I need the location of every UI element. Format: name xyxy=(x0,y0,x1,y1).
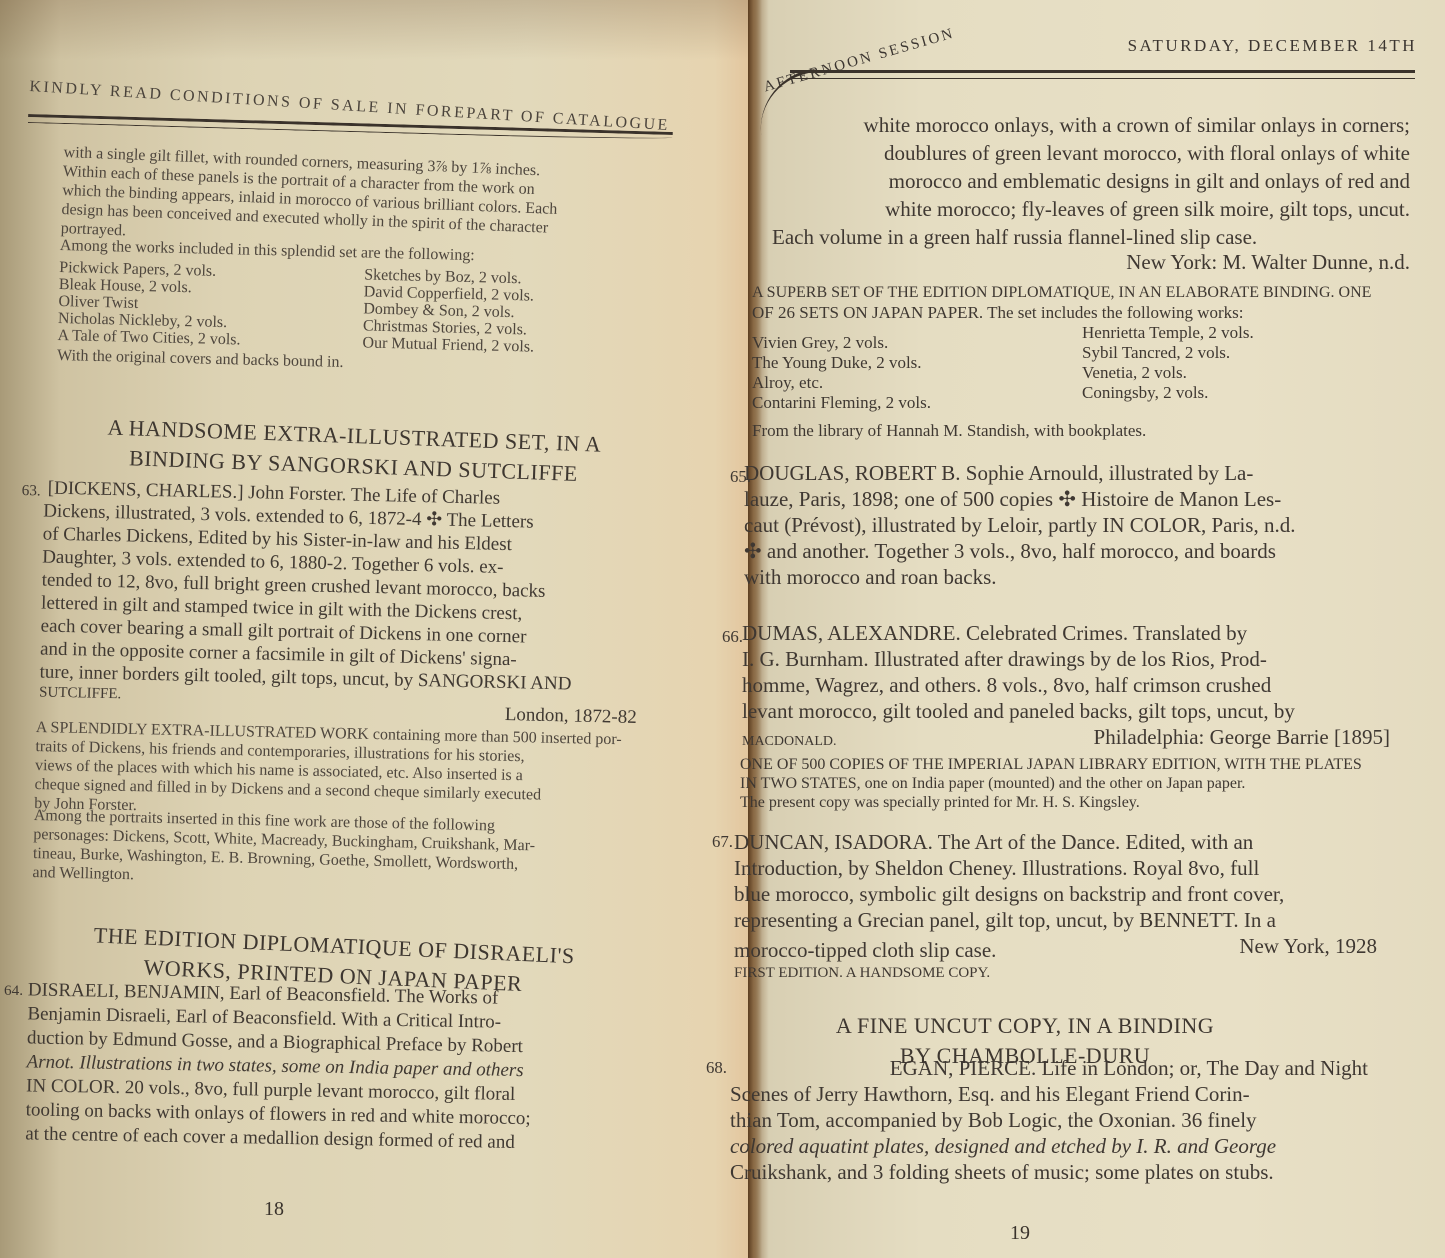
lot-line: morocco-tipped cloth slip case. xyxy=(734,940,996,961)
lot-line: colored aquatint plates, designed and et… xyxy=(730,1136,1368,1157)
lot-line: representing a Grecian panel, gilt top, … xyxy=(734,910,1377,931)
note-line: ONE OF 500 COPIES OF THE IMPERIAL JAPAN … xyxy=(740,757,1390,773)
work-item: Sybil Tancred, 2 vols. xyxy=(1082,344,1254,361)
left-page-number: 18 xyxy=(264,1198,284,1221)
lot-line: DUMAS, ALEXANDRE. Celebrated Crimes. Tra… xyxy=(742,623,1390,644)
works-note: With the original covers and backs bound… xyxy=(57,348,344,371)
lot-note: FIRST EDITION. A HANDSOME COPY. xyxy=(734,966,1377,981)
lot-63-portraits: Among the portraits inserted in this fin… xyxy=(32,808,535,892)
left-works-list: Among the works included in this splendi… xyxy=(57,238,620,382)
right-header-rule xyxy=(790,70,1415,79)
works-column-right: Sketches by Boz, 2 vols. David Copperfie… xyxy=(362,267,536,355)
lot-line: I. G. Burnham. Illustrated after drawing… xyxy=(742,649,1390,670)
lot-line: with morocco and roan backs. xyxy=(744,567,1402,588)
lot-line: lauze, Paris, 1898; one of 500 copies ✣ … xyxy=(744,489,1402,510)
lot-line: caut (Prévost), illustrated by Leloir, p… xyxy=(744,515,1402,536)
text-line: morocco and emblematic designs in gilt a… xyxy=(770,171,1410,192)
text-line: white morocco; fly-leaves of green silk … xyxy=(770,199,1410,220)
lot-67: 67. DUNCAN, ISADORA. The Art of the Danc… xyxy=(712,832,1377,981)
lot-64: 64. DISRAELI, BENJAMIN, Earl of Beaconsf… xyxy=(4,980,624,1143)
provenance: From the library of Hannah M. Standish, … xyxy=(752,422,1407,439)
lot-line: EGAN, PIERCE. Life in London; or, The Da… xyxy=(730,1058,1368,1079)
note-line: The present copy was specially printed f… xyxy=(740,795,1390,811)
work-item: A Tale of Two Cities, 2 vols. xyxy=(57,328,240,348)
lot-number: 67. xyxy=(712,832,733,852)
lot-number: 63. xyxy=(22,482,41,500)
work-item: Henrietta Temple, 2 vols. xyxy=(1082,324,1254,341)
lot-line: ✣ and another. Together 3 vols., 8vo, ha… xyxy=(744,541,1402,562)
text-line: white morocco onlays, with a crown of si… xyxy=(770,115,1410,136)
lot-line: DOUGLAS, ROBERT B. Sophie Arnould, illus… xyxy=(744,463,1402,484)
work-item: Venetia, 2 vols. xyxy=(1082,364,1254,381)
lot-line: Cruikshank, and 3 folding sheets of musi… xyxy=(730,1162,1368,1183)
lot-binder: MACDONALD. xyxy=(742,735,837,749)
lot-66: 66. DUMAS, ALEXANDRE. Celebrated Crimes.… xyxy=(722,623,1390,811)
lot-line: levant morocco, gilt tooled and paneled … xyxy=(742,701,1390,722)
page-top-shadow xyxy=(0,0,752,60)
right-running-head-date: SATURDAY, DECEMBER 14TH xyxy=(1128,36,1417,56)
imprint-64: New York: M. Walter Dunne, n.d. xyxy=(770,252,1410,273)
lot-line: blue morocco, symbolic gilt designs on b… xyxy=(734,884,1377,905)
note-line: IN TWO STATES, one on India paper (mount… xyxy=(740,776,1390,792)
works-column-left: Pickwick Papers, 2 vols. Bleak House, 2 … xyxy=(57,260,242,348)
works-column-left: Vivien Grey, 2 vols. The Young Duke, 2 v… xyxy=(752,334,931,411)
right-page-number: 19 xyxy=(1010,1222,1030,1245)
lot-imprint: Philadelphia: George Barrie [1895] xyxy=(1094,727,1390,748)
lot-63: 63. [DICKENS, CHARLES.] John Forster. Th… xyxy=(17,478,642,727)
lot-number: 68. xyxy=(706,1058,727,1078)
note-line: OF 26 SETS ON JAPAN PAPER. The set inclu… xyxy=(752,304,1407,321)
text-line: Each volume in a green half russia flann… xyxy=(770,227,1410,248)
lot-imprint: New York, 1928 xyxy=(1239,936,1377,957)
work-item: Contarini Fleming, 2 vols. xyxy=(752,394,931,411)
work-item: Alroy, etc. xyxy=(752,374,931,391)
heading-line: A FINE UNCUT COPY, IN A BINDING xyxy=(700,1015,1350,1037)
lot-line: homme, Wagrez, and others. 8 vols., 8vo,… xyxy=(742,675,1390,696)
open-catalogue-spread: KINDLY READ CONDITIONS OF SALE IN FOREPA… xyxy=(0,0,1445,1258)
lot-line: Scenes of Jerry Hawthorn, Esq. and his E… xyxy=(730,1084,1368,1105)
lot-line: thian Tom, accompanied by Bob Logic, the… xyxy=(730,1110,1368,1131)
lot-line: Introduction, by Sheldon Cheney. Illustr… xyxy=(734,858,1377,879)
work-item: The Young Duke, 2 vols. xyxy=(752,354,931,371)
lot-line: DUNCAN, ISADORA. The Art of the Dance. E… xyxy=(734,832,1377,853)
lot-68: 68. EGAN, PIERCE. Life in London; or, Th… xyxy=(706,1058,1368,1183)
disraeli-works-list: Vivien Grey, 2 vols. The Young Duke, 2 v… xyxy=(752,324,1407,414)
lot-number: 66. xyxy=(722,627,743,647)
note-line: A SUPERB SET OF THE EDITION DIPLOMATIQUE… xyxy=(752,285,1407,301)
lot-65: 65. DOUGLAS, ROBERT B. Sophie Arnould, i… xyxy=(730,463,1402,588)
work-item: Vivien Grey, 2 vols. xyxy=(752,334,931,351)
work-item: Our Mutual Friend, 2 vols. xyxy=(362,335,534,355)
lot-64-note: A SUPERB SET OF THE EDITION DIPLOMATIQUE… xyxy=(752,285,1407,439)
lot-number: 65. xyxy=(730,467,751,487)
work-item: Coningsby, 2 vols. xyxy=(1082,384,1254,401)
text-line: doublures of green levant morocco, with … xyxy=(770,143,1410,164)
works-column-right: Henrietta Temple, 2 vols. Sybil Tancred,… xyxy=(1082,324,1254,401)
right-continuation: white morocco onlays, with a crown of si… xyxy=(770,115,1410,273)
